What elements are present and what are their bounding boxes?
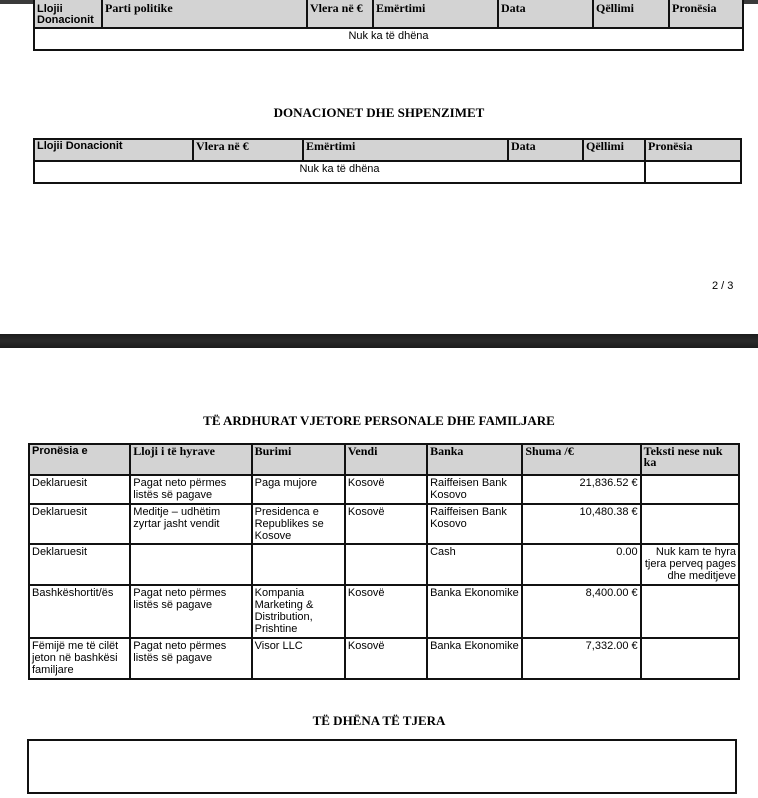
page-number: 2 / 3: [712, 280, 733, 292]
empty-message: Nuk ka të dhëna: [34, 161, 645, 183]
party-donations-table: Llojii Donacionit Parti politike Vlera n…: [33, 0, 744, 51]
col-header: Pronësia e: [29, 444, 130, 475]
cell-bank: Banka Ekonomike: [427, 638, 522, 679]
cell-owner: Deklaruesit: [29, 475, 130, 504]
page-separator: [0, 334, 758, 348]
cell-amount: 7,332.00 €: [522, 638, 640, 679]
col-header: Shuma /€: [522, 444, 640, 475]
col-header: Lloji i të hyrave: [130, 444, 251, 475]
cell-owner: Bashkëshortit/ës: [29, 585, 130, 638]
col-header: Teksti nese nuk ka: [641, 444, 739, 475]
cell-note: [641, 475, 739, 504]
cell-amount: 0.00: [522, 544, 640, 585]
empty-cell: [645, 161, 741, 183]
section-title-donations: DONACIONET DHE SHPENZIMET: [0, 105, 758, 121]
cell-country: [345, 544, 427, 585]
cell-bank: Banka Ekonomike: [427, 585, 522, 638]
cell-amount: 8,400.00 €: [522, 585, 640, 638]
col-header: Qëllimi: [593, 0, 669, 28]
col-header: Banka: [427, 444, 522, 475]
col-header: Emërtimi: [373, 0, 498, 28]
section-title-income: TË ARDHURAT VJETORE PERSONALE DHE FAMILJ…: [0, 413, 758, 429]
cell-country: Kosovë: [345, 585, 427, 638]
col-header: Emërtimi: [303, 139, 508, 161]
cell-country: Kosovë: [345, 475, 427, 504]
cell-note: Nuk kam te hyra tjera perveq pages dhe m…: [641, 544, 739, 585]
col-header: Data: [498, 0, 593, 28]
cell-amount: 10,480.38 €: [522, 504, 640, 544]
income-table: Pronësia e Lloji i të hyrave Burimi Vend…: [28, 443, 740, 680]
cell-bank: Cash: [427, 544, 522, 585]
cell-owner: Fëmijë me të cilët jeton në bashkësi fam…: [29, 638, 130, 679]
cell-owner: Deklaruesit: [29, 544, 130, 585]
col-header: Pronësia: [645, 139, 741, 161]
cell-type: Meditje – udhëtim zyrtar jasht vendit: [130, 504, 251, 544]
cell-amount: 21,836.52 €: [522, 475, 640, 504]
donations-expenses-table: Llojii Donacionit Vlera në € Emërtimi Da…: [33, 138, 742, 184]
cell-source: Kompania Marketing & Distribution, Prish…: [252, 585, 345, 638]
cell-type: Pagat neto përmes listës së pagave: [130, 475, 251, 504]
cell-bank: Raiffeisen Bank Kosovo: [427, 504, 522, 544]
cell-note: [641, 585, 739, 638]
cell-country: Kosovë: [345, 638, 427, 679]
section-title-other: TË DHËNA TË TJERA: [0, 713, 758, 729]
cell-owner: Deklaruesit: [29, 504, 130, 544]
cell-note: [641, 504, 739, 544]
cell-source: [252, 544, 345, 585]
table-row: Fëmijë me të cilët jeton në bashkësi fam…: [29, 638, 739, 679]
table-row: Deklaruesit Cash 0.00 Nuk kam te hyra tj…: [29, 544, 739, 585]
col-header: Qëllimi: [583, 139, 645, 161]
col-header: Data: [508, 139, 583, 161]
cell-source: Visor LLC: [252, 638, 345, 679]
cell-source: Presidenca e Republikes se Kosove: [252, 504, 345, 544]
cell-country: Kosovë: [345, 504, 427, 544]
other-data-box: [27, 739, 737, 794]
col-header: Llojii Donacionit: [34, 0, 102, 28]
col-header: Vlera në €: [307, 0, 373, 28]
col-header: Llojii Donacionit: [34, 139, 193, 161]
table-row: Deklaruesit Pagat neto përmes listës së …: [29, 475, 739, 504]
cell-type: Pagat neto përmes listës së pagave: [130, 638, 251, 679]
table-row: Deklaruesit Meditje – udhëtim zyrtar jas…: [29, 504, 739, 544]
col-header: Parti politike: [102, 0, 307, 28]
cell-source: Paga mujore: [252, 475, 345, 504]
col-header: Pronësia: [669, 0, 743, 28]
col-header: Burimi: [252, 444, 345, 475]
table-row: Bashkëshortit/ës Pagat neto përmes listë…: [29, 585, 739, 638]
cell-note: [641, 638, 739, 679]
cell-bank: Raiffeisen Bank Kosovo: [427, 475, 522, 504]
col-header: Vendi: [345, 444, 427, 475]
cell-type: Pagat neto përmes listës së pagave: [130, 585, 251, 638]
col-header: Vlera në €: [193, 139, 303, 161]
cell-type: [130, 544, 251, 585]
empty-message: Nuk ka të dhëna: [34, 28, 743, 50]
